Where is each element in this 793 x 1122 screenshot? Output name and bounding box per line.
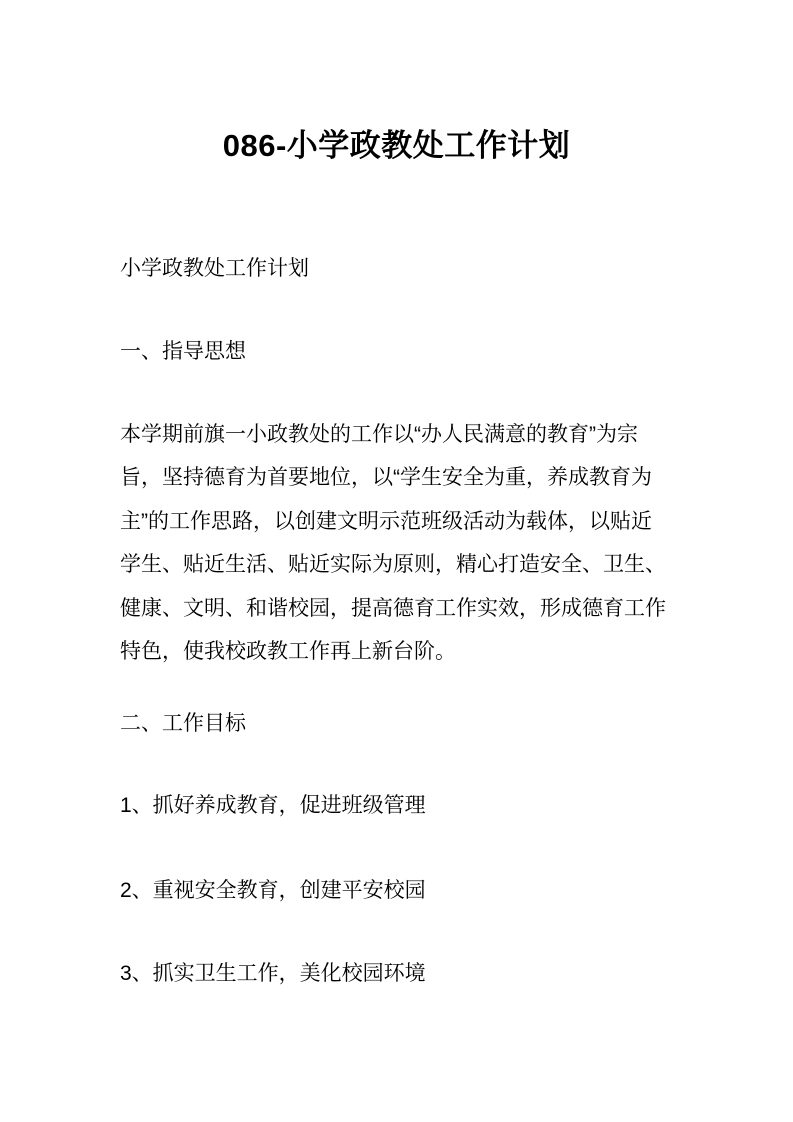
section-paragraph-guiding-ideology: 本学期前旗一小政教处的工作以“办人民满意的教育”为宗 旨，坚持德育为首要地位，以… bbox=[120, 413, 720, 673]
goal-item-1: 1、抓好养成教育，促进班级管理 bbox=[120, 784, 720, 827]
document-subtitle: 小学政教处工作计划 bbox=[120, 247, 720, 290]
document-page: 086-小学政教处工作计划 小学政教处工作计划 一、指导思想 本学期前旗一小政教… bbox=[0, 0, 793, 1122]
section-heading-guiding-ideology: 一、指导思想 bbox=[120, 330, 720, 373]
paragraph-line: 健康、文明、和谐校园，提高德育工作实效，形成德育工作 bbox=[120, 587, 720, 630]
document-title: 086-小学政教处工作计划 bbox=[0, 124, 793, 168]
paragraph-line: 旨，坚持德育为首要地位，以“学生安全为重，养成教育为 bbox=[120, 456, 720, 499]
paragraph-line: 特色，使我校政教工作再上新台阶。 bbox=[120, 630, 720, 673]
goal-item-2: 2、重视安全教育，创建平安校园 bbox=[120, 869, 720, 912]
section-heading-work-goals: 二、工作目标 bbox=[120, 702, 720, 745]
paragraph-line: 主”的工作思路，以创建文明示范班级活动为载体，以贴近 bbox=[120, 500, 720, 543]
paragraph-line: 学生、贴近生活、贴近实际为原则，精心打造安全、卫生、 bbox=[120, 543, 720, 586]
goal-item-3: 3、抓实卫生工作，美化校园环境 bbox=[120, 952, 720, 995]
paragraph-line: 本学期前旗一小政教处的工作以“办人民满意的教育”为宗 bbox=[120, 413, 720, 456]
